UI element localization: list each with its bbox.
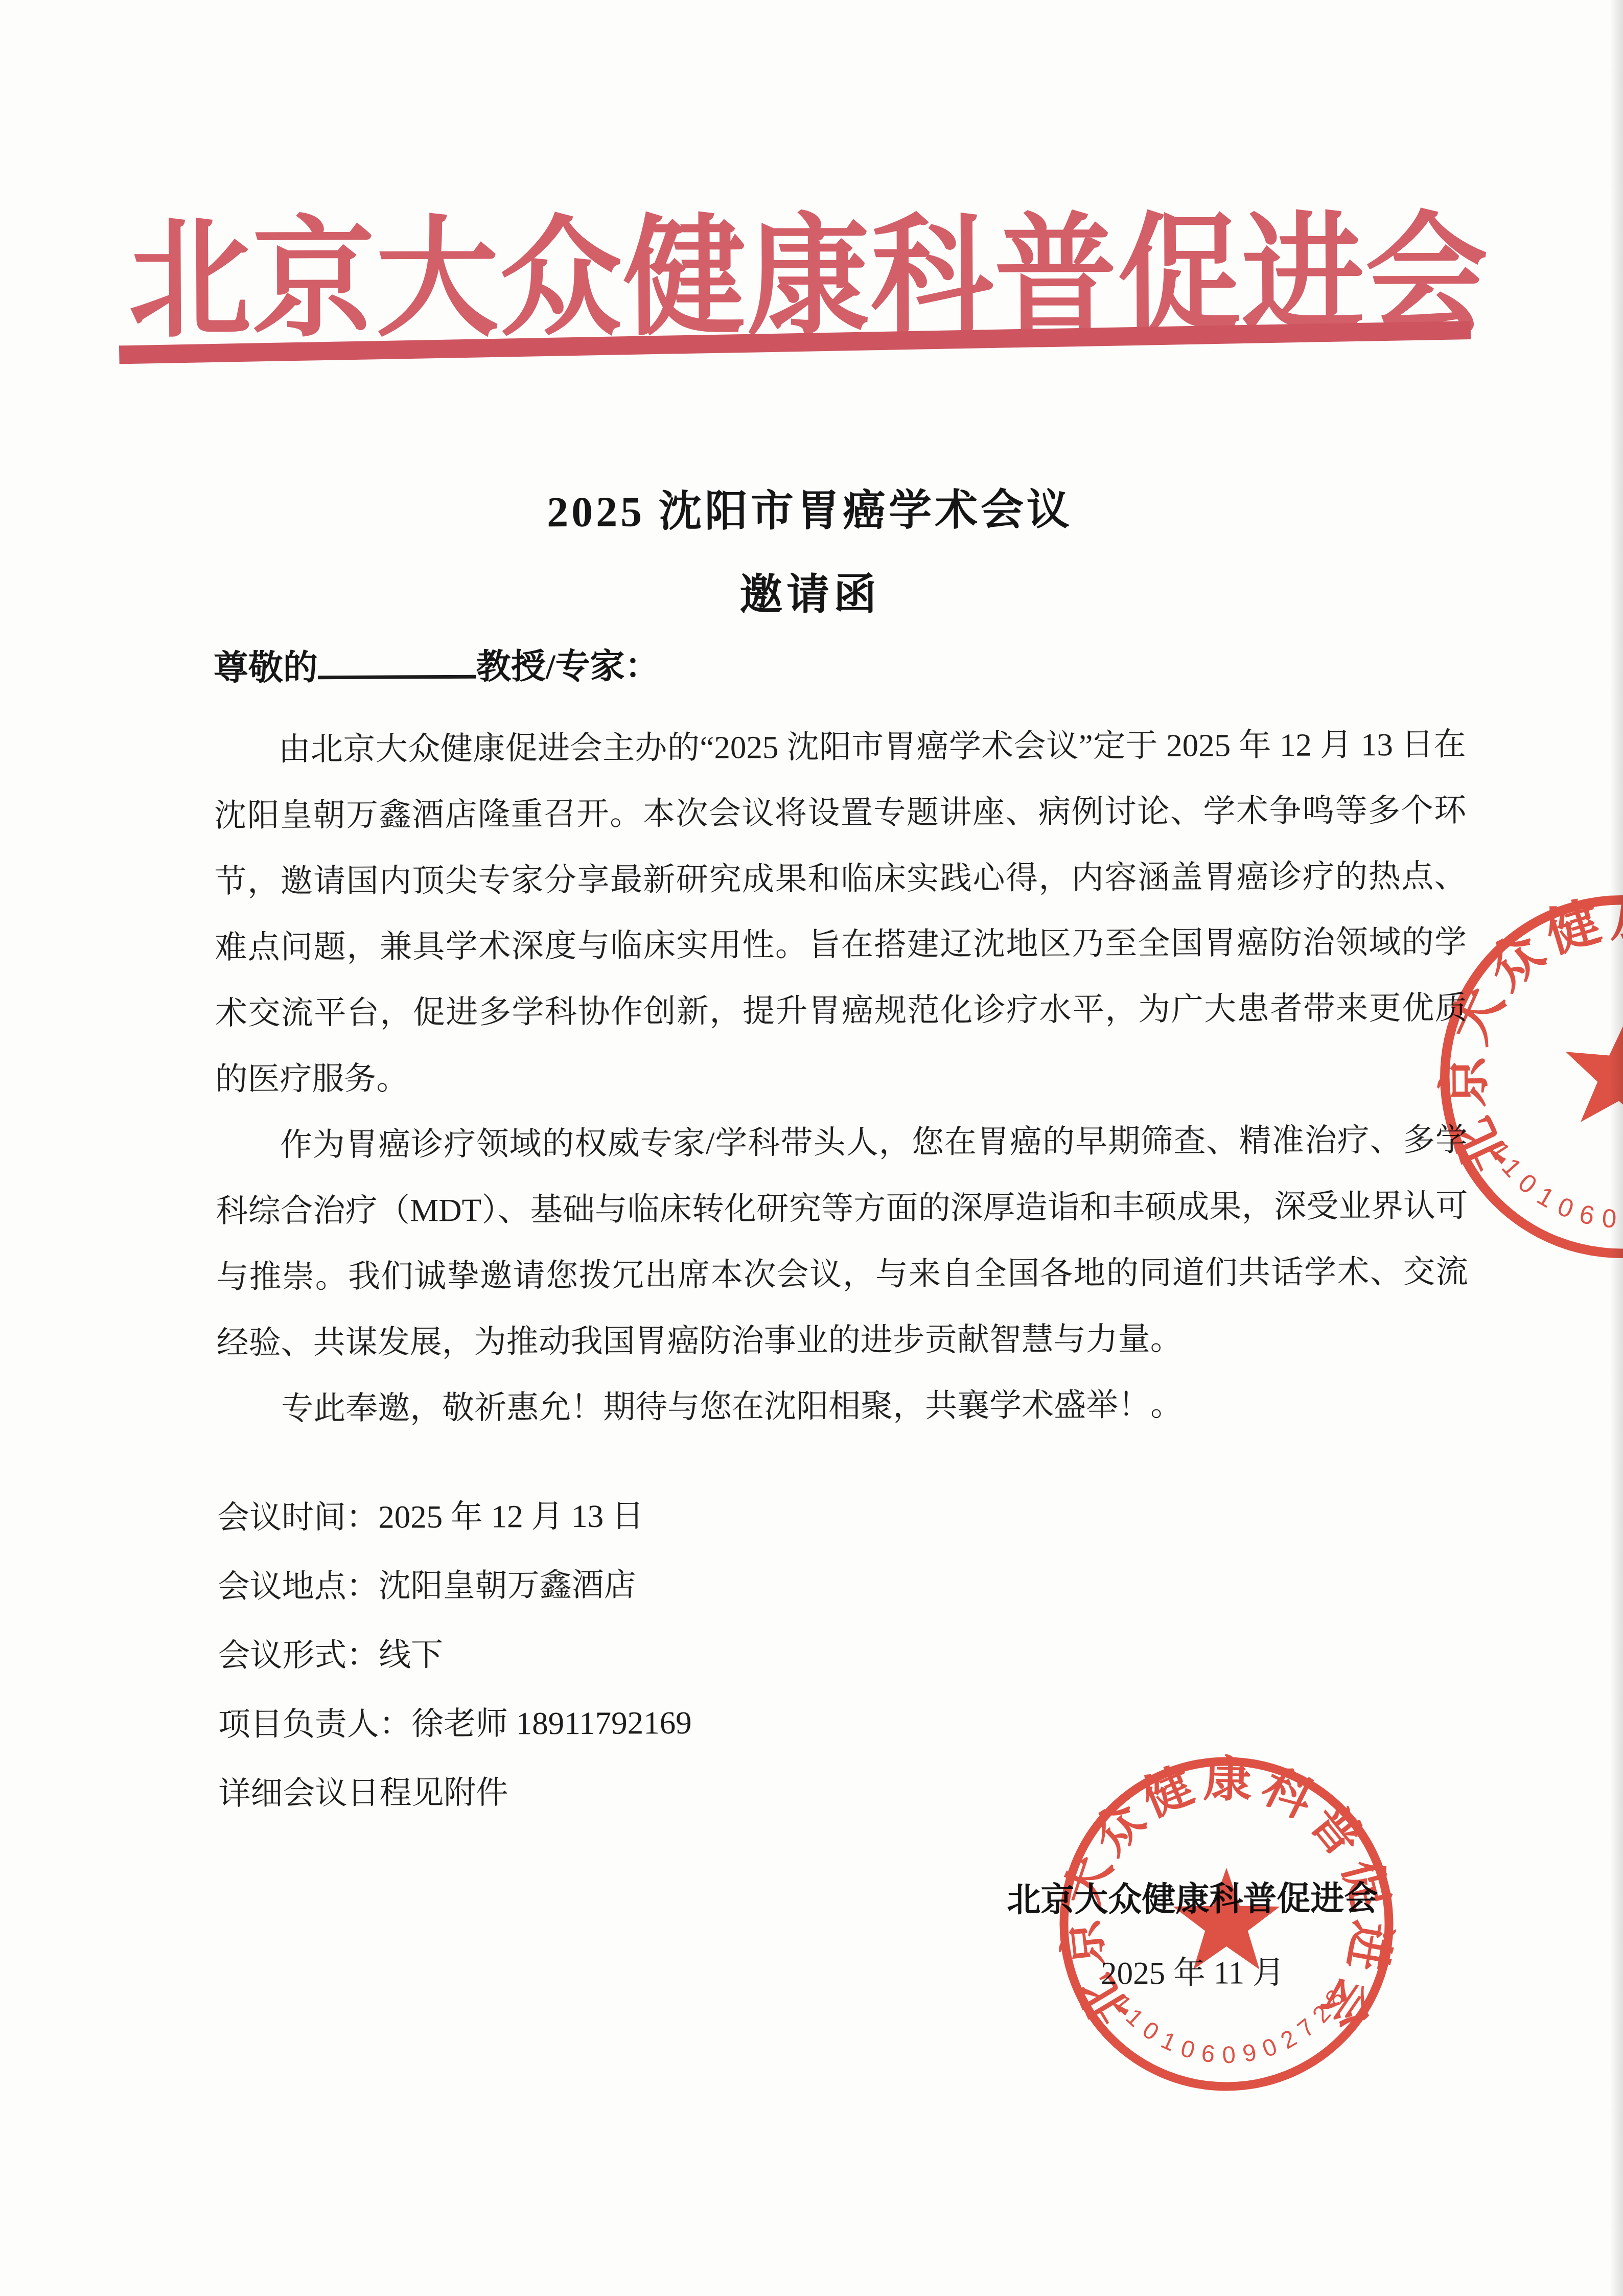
detail-line-agenda: 详细会议日程见附件 (218, 1757, 692, 1828)
letter-body: 由北京大众健康促进会主办的“2025 沈阳市胃癌学术会议”定于 2025 年 1… (214, 711, 1469, 1442)
detail-line-format: 会议形式：线下 (218, 1619, 692, 1690)
detail-line-contact: 项目负责人：徐老师 18911792169 (218, 1688, 692, 1759)
detail-line-place: 会议地点：沈阳皇朝万鑫酒店 (217, 1550, 691, 1621)
salutation-prefix: 尊敬的 (214, 648, 318, 687)
red-star-icon (1173, 1868, 1280, 1969)
body-paragraph: 作为胃癌诊疗领域的权威专家/学科带头人，您在胃癌的早期筛查、精准治疗、多学科综合… (216, 1107, 1469, 1376)
letter-subtitle: 邀请函 (0, 556, 1621, 625)
body-paragraph: 由北京大众健康促进会主办的“2025 沈阳市胃癌学术会议”定于 2025 年 1… (214, 711, 1467, 1112)
salutation: 尊敬的教授/专家： (214, 638, 660, 690)
meeting-details: 会议时间：2025 年 12 月 13 日 会议地点：沈阳皇朝万鑫酒店 会议形式… (217, 1481, 692, 1828)
detail-line-time: 会议时间：2025 年 12 月 13 日 (217, 1481, 691, 1552)
letter-title: 2025 沈阳市胃癌学术会议 (0, 473, 1621, 542)
salutation-suffix: 教授/专家： (476, 646, 660, 686)
scanned-invitation-letter: 北京大众健康科普促进会 2025 沈阳市胃癌学术会议 邀请函 尊敬的教授/专家：… (0, 0, 1623, 2296)
body-paragraph: 专此奉邀，敬祈惠允！期待与您在沈阳相聚，共襄学术盛举！。 (217, 1371, 1469, 1442)
salutation-blank-line (318, 671, 476, 679)
official-seal: 北京大众健康科普促进会 1101060902728 (1050, 1748, 1403, 2100)
scan-edge-shadow (1610, 0, 1623, 2296)
